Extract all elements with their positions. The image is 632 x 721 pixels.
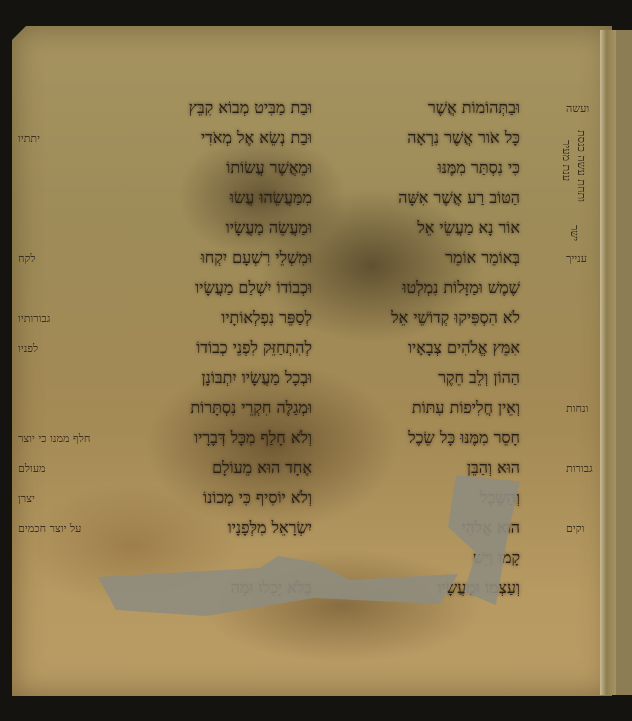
verse-left-hemistich: וְלֹא חָלַף מִכָּל דְּבָרָיו: [194, 428, 312, 448]
verse-right-hemistich: הוּא וְהַבֵּן: [467, 458, 520, 478]
verse-right-hemistich: הַהוֹן וְלֵב חֵקֶר: [438, 368, 520, 388]
verse-left-hemistich: יִשְׂרָאֵל מִלְּפָנָיו: [228, 518, 312, 538]
verse-right-hemistich: אוֹר נָא מַעֲשֵׂי אֵל: [417, 218, 520, 238]
verse-left-hemistich: וּכְבוֹדוֹ יִשְׁלַם מַעֲשָׂיו: [195, 278, 312, 298]
left-margin-note: יתתיו: [18, 132, 40, 145]
verse-left-hemistich: וּבְכָל מַעֲשָׂיו יִתְבּוֹנָן: [202, 368, 312, 388]
adjacent-page-strip: [616, 30, 632, 695]
left-margin-note: יצרן: [18, 492, 35, 505]
verse-left-hemistich: וּמִשְׁלֵי רִשְׁעָם יִקְחוּ: [201, 248, 312, 268]
right-vertical-note: ענת מעיר: [560, 140, 573, 181]
verse-left-hemistich: לְסַפֵּר נִפְלְאוֹתָיו: [221, 308, 312, 328]
verse-left-hemistich: וּבַת נְשֵׂא אֶל מְאֹדִי: [201, 128, 312, 148]
verse-right-hemistich: אִמֵּץ אֱלֹהִים צְבָאָיו: [408, 338, 520, 358]
verse-left-hemistich: לְהִתְחַזֵּק לִפְנֵי כְבוֹדוֹ: [196, 338, 312, 358]
verse-right-hemistich: וְאֵין חֲלִיפוֹת עִתּוֹת: [412, 398, 520, 418]
verse-right-hemistich: חָסֵר מִמֶּנּוּ כָּל שֵׂכֶל: [408, 428, 520, 448]
page-edge: [600, 30, 616, 695]
verse-right-hemistich: כָּל אֹור אֲשֶׁר נִרְאָה: [407, 128, 520, 148]
right-margin-note: וקים: [566, 522, 584, 535]
left-margin-note: לקח: [18, 252, 36, 265]
verse-left-hemistich: וּמֵאֲשֶׁר עֲשׂוֹתוֹ: [226, 158, 312, 178]
verse-left-hemistich: וּמְגַלֶּה חִקְרֵי נִסְתָּרוֹת: [190, 398, 312, 418]
right-vertical-note: ישר: [568, 225, 581, 241]
left-margin-note: מעולם: [18, 462, 46, 475]
right-margin-note: ונחות: [566, 402, 588, 415]
right-vertical-note: ותחת עשה כנסת: [575, 130, 588, 202]
verse-right-hemistich: וּבַתְּהוֹמוֹת אֲשֶׁר: [428, 98, 520, 118]
right-margin-note: ענייך: [566, 252, 587, 265]
verse-right-hemistich: הַטּוֹב רַע אֲשֶׁר אִשָּׁה: [398, 188, 520, 208]
left-margin-note: לפניו: [18, 342, 38, 355]
verse-right-hemistich: כִּי נִסְתַּר מִמֶּנּוּ: [438, 158, 520, 178]
right-margin-note: ועשה: [566, 102, 589, 115]
verse-left-hemistich: וּמַעֲשֵׂה מַעֲשָׂיו: [226, 218, 312, 238]
verse-right-hemistich: שֶׁמֶשׁ וּמַזָּלוֹת נִמְלְטוּ: [402, 278, 520, 298]
verse-left-hemistich: מִמַּעֲשֵׂהוּ עֲשׂוּ: [230, 188, 312, 208]
left-margin-note: גבורותיו: [18, 312, 50, 325]
verse-left-hemistich: וְלֹא יוֹסִיף כִּי מְכוֹנוֹ: [203, 488, 312, 508]
verse-left-hemistich: וּבַת מַבִּיט מְבוֹא קִבֵּץ: [189, 98, 312, 118]
verse-right-hemistich: בְּאוֹמֵר אוֹמֵר: [445, 248, 520, 268]
verse-left-hemistich: אֶחָד הוּא מֵעוֹלָם: [212, 458, 312, 478]
left-margin-note: חלף ממנו כי יוצר: [18, 432, 90, 445]
right-margin-note: גבורות: [566, 462, 593, 475]
verse-right-hemistich: לֹא הִסְפִּיקוּ קְדוֹשֵׁי אֵל: [391, 308, 520, 328]
left-margin-note: על יוצר חכמים: [18, 522, 81, 535]
